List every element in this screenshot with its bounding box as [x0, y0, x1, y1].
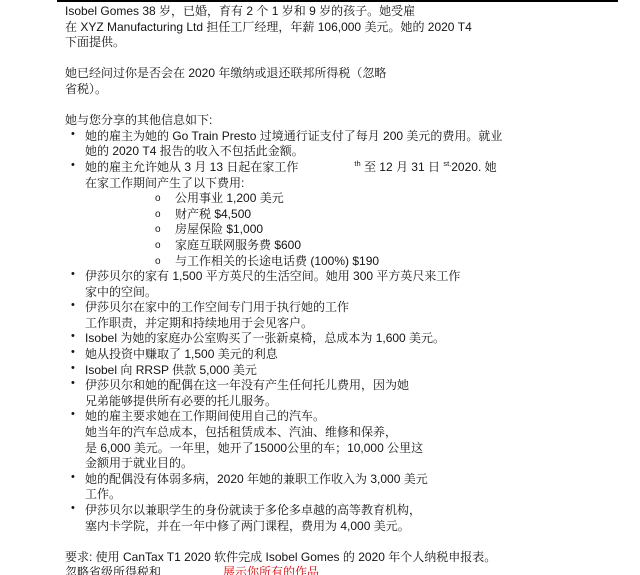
bullet-line: 兄弟能够提供所有必要的托儿服务。 — [85, 394, 632, 410]
list-item-car-expenses: • 她的雇主要求她在工作期间使用自己的汽车。 她当年的汽车总成本，包括租赁成本、… — [65, 409, 632, 471]
bullet-icon: • — [71, 407, 75, 423]
sub-bullet-icon: o — [155, 222, 161, 238]
top-border-rule — [57, 0, 618, 2]
bullet-line: 她的配偶没有体弱多病，2020 年她的兼职工作收入为 3,000 美元 — [85, 472, 632, 488]
bullet-line: Isobel 向 RRSP 供款 5,000 美元 — [85, 363, 632, 379]
bullet-line: 她从投资中赚取了 1,500 美元的利息 — [85, 347, 632, 363]
wfh-text-end: 2020. 她 — [451, 160, 496, 174]
bullet-line: 金额用于就业目的。 — [85, 456, 632, 472]
bullet-line: 她的雇主要求她在工作期间使用自己的汽车。 — [85, 409, 632, 425]
bullet-icon: • — [71, 345, 75, 361]
bullet-line: 在家工作期间产生了以下费用: — [85, 176, 632, 192]
bullet-icon: • — [71, 329, 75, 345]
bullet-line: 是 6,000 美元。一年里，她开了15000公里的车；10,000 公里这 — [85, 441, 632, 457]
bullet-line: 塞内卡学院，并在一年中修了两门课程，费用为 4,000 美元。 — [85, 519, 632, 535]
bullet-icon: • — [71, 361, 75, 377]
intro-line: 下面提供。 — [65, 35, 632, 51]
sub-bullet-line: 房屋保险 $1,000 — [175, 222, 632, 238]
bullet-icon: • — [71, 376, 75, 392]
bullet-line: 她的 2020 T4 报告的收入不包括此金额。 — [85, 144, 632, 160]
sub-bullet-icon: o — [155, 254, 161, 270]
list-item-rrsp: • Isobel 向 RRSP 供款 5,000 美元 — [65, 363, 632, 379]
sub-list-item-home-insurance: o 房屋保险 $1,000 — [65, 222, 632, 238]
list-item-desk-chair: • Isobel 为她的家庭办公室购买了一张新桌椅，总成本为 1,600 美元。 — [65, 331, 632, 347]
bullet-line: 伊莎贝尔的家有 1,500 平方英尺的生活空间。她用 300 平方英尺来工作 — [85, 269, 632, 285]
wfh-text-start: 她的雇主允许她从 3 月 13 日起在家工作 — [85, 160, 298, 174]
intro-line: Isobel Gomes 38 岁，已婚，育有 2 个 1 岁和 9 岁的孩子。… — [65, 4, 632, 20]
list-item-transit-pass: • 她的雇主为她的 Go Train Presto 过境通行证支付了每月 200… — [65, 129, 632, 160]
sub-list-item-long-distance: o 与工作相关的长途电话费 (100%) $190 — [65, 254, 632, 270]
bullet-icon: • — [71, 267, 75, 283]
sub-bullet-line: 财产税 $4,500 — [175, 207, 632, 223]
list-item-tuition: • 伊莎贝尔以兼职学生的身份就读于多伦多卓越的高等教育机构， 塞内卡学院，并在一… — [65, 503, 632, 534]
list-item-childcare: • 伊莎贝尔和她的配偶在这一年没有产生任何托儿费用，因为她 兄弟能够提供所有必要… — [65, 378, 632, 409]
bullet-line: 伊莎贝尔以兼职学生的身份就读于多伦多卓越的高等教育机构， — [85, 503, 632, 519]
bullet-line: 她的雇主允许她从 3 月 13 日起在家工作th 至 12 月 31 日 st,… — [85, 160, 632, 176]
intro-line: 在 XYZ Manufacturing Ltd 担任工厂经理，年薪 106,00… — [65, 20, 632, 36]
bullet-line: Isobel 为她的家庭办公室购买了一张新桌椅，总成本为 1,600 美元。 — [85, 331, 632, 347]
requirement-line: 忽略省级所得税和展示你所有的作品 — [65, 565, 632, 575]
bullet-line: 家中的空间。 — [85, 285, 632, 301]
list-item-spouse-income: • 她的配偶没有体弱多病，2020 年她的兼职工作收入为 3,000 美元 工作… — [65, 472, 632, 503]
sub-bullet-icon: o — [155, 191, 161, 207]
bullet-icon: • — [71, 470, 75, 486]
bullet-line: 伊莎贝尔在家中的工作空间专门用于执行她的工作 — [85, 300, 632, 316]
bullet-icon: • — [71, 501, 75, 517]
share-heading: 她与您分享的其他信息如下: — [65, 113, 632, 129]
bullet-line: 她当年的汽车总成本，包括租赁成本、汽油、维修和保养， — [85, 425, 632, 441]
question-line: 省税）。 — [65, 82, 632, 98]
sub-list-item-property-tax: o 财产税 $4,500 — [65, 207, 632, 223]
bullet-icon: • — [71, 158, 75, 174]
bullet-line: 她的雇主为她的 Go Train Presto 过境通行证支付了每月 200 美… — [85, 129, 632, 145]
blank-line — [65, 534, 632, 550]
sub-bullet-line: 与工作相关的长途电话费 (100%) $190 — [175, 254, 632, 270]
sub-bullet-line: 家庭互联网服务费 $600 — [175, 238, 632, 254]
requirement-line: 要求: 使用 CanTax T1 2020 软件完成 Isobel Gomes … — [65, 550, 632, 566]
bullet-line: 伊莎贝尔和她的配偶在这一年没有产生任何托儿费用，因为她 — [85, 378, 632, 394]
list-item-workspace-use: • 伊莎贝尔在家中的工作空间专门用于执行她的工作 工作职责，并定期和持续地用于会… — [65, 300, 632, 331]
sub-bullet-icon: o — [155, 207, 161, 223]
question-line: 她已经问过你是否会在 2020 年缴纳或退还联邦所得税（忽略 — [65, 66, 632, 82]
sub-bullet-line: 公用事业 1,200 美元 — [175, 191, 632, 207]
bullet-icon: • — [71, 298, 75, 314]
sub-list-item-utilities: o 公用事业 1,200 美元 — [65, 191, 632, 207]
bullet-line: 工作。 — [85, 487, 632, 503]
list-item-work-from-home: • 她的雇主允许她从 3 月 13 日起在家工作th 至 12 月 31 日 s… — [65, 160, 632, 191]
sub-bullet-icon: o — [155, 238, 161, 254]
list-item-interest-income: • 她从投资中赚取了 1,500 美元的利息 — [65, 347, 632, 363]
requirement-text: 忽略省级所得税和 — [65, 565, 161, 575]
show-all-work-highlight: 展示你所有的作品 — [223, 565, 319, 575]
sub-list-item-internet: o 家庭互联网服务费 $600 — [65, 238, 632, 254]
blank-line — [65, 98, 632, 114]
bullet-icon: • — [71, 127, 75, 143]
list-item-home-size: • 伊莎贝尔的家有 1,500 平方英尺的生活空间。她用 300 平方英尺来工作… — [65, 269, 632, 300]
document-content: Isobel Gomes 38 岁，已婚，育有 2 个 1 岁和 9 岁的孩子。… — [65, 4, 632, 575]
bullet-line: 工作职责，并定期和持续地用于会见客户。 — [85, 316, 632, 332]
blank-line — [65, 51, 632, 67]
wfh-text-middle: 至 12 月 31 日 — [361, 160, 444, 174]
